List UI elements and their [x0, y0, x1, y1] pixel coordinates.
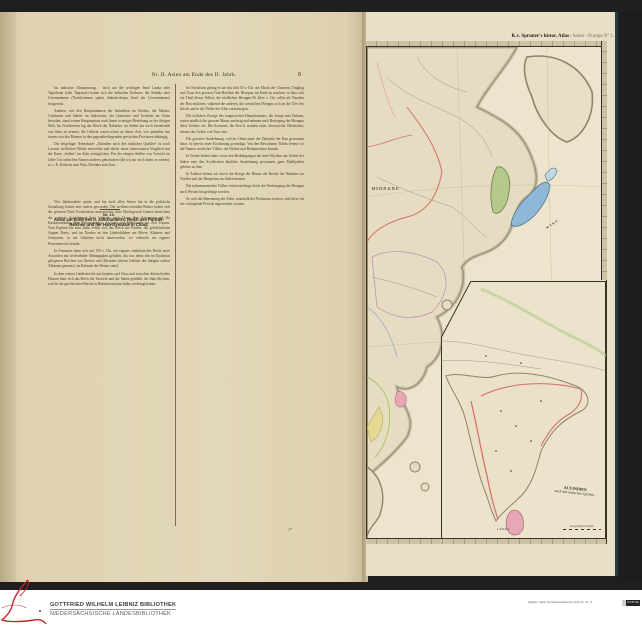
map-label-hiongnu: HIONGNU	[372, 186, 400, 191]
paragraph: In Armenien hatte sich seit 150 v. Chr. …	[48, 249, 170, 270]
map-border-right	[601, 41, 607, 280]
paragraph: So weit die Benennung der Alten, innerha…	[180, 197, 304, 207]
paragraph: Die beigefügte Nebenkarte „Altindien nac…	[48, 142, 170, 168]
text-column-right: Im Nordosten gelang es um das Jahr 50 v.…	[180, 86, 304, 526]
library-logo-icon	[0, 578, 50, 626]
left-page-edge	[0, 12, 16, 582]
paragraph: In dem weiten Länderstriche am Jaxartes …	[48, 272, 170, 288]
paragraph: Die turkomannischen Völker sind neuerdin…	[180, 184, 304, 194]
license-badge[interactable]: CC BY-SA	[622, 600, 640, 606]
page-number: 8	[298, 72, 301, 78]
inset-map-india	[441, 281, 606, 539]
section-title: Asien am Ende des II. Jahrhunderts. Reic…	[54, 217, 164, 227]
library-name-line2: NIEDERSÄCHSISCHE LANDESBIBLIOTHEK	[50, 610, 176, 617]
paragraph: Im Nordosten gelang es um das Jahr 50 v.…	[180, 86, 304, 112]
signature-mark: 1*	[288, 527, 292, 532]
map-border-top	[366, 41, 601, 47]
paragraph: bis indischer Abstammung, · doch auf die…	[48, 86, 170, 107]
section-divider	[100, 209, 120, 210]
paragraph: Die östlichen Zweige des tungusischen Ha…	[180, 114, 304, 135]
text-column-left: bis indischer Abstammung, · doch auf die…	[48, 86, 170, 554]
running-header: Nr. II. Asien am Ende des II. Jahrh.	[74, 72, 314, 82]
scale-bar-graphic	[563, 529, 601, 530]
paragraph: Die grössere Ausdehnung, welche China un…	[180, 137, 304, 153]
map-header: K.v. Spruner's histor. Atlas | Asien - E…	[434, 34, 614, 39]
paragraph: In Arabien lernen wir durch die Kriege d…	[180, 172, 304, 182]
inset-scale-bar: Geographische Meilen	[563, 525, 601, 530]
page-shadow	[618, 12, 642, 580]
paragraph: In Vorder-Indien hatte schon den Bedräng…	[180, 154, 304, 170]
shelfmark-signature: Signatur: Göttin-Gymnasium/Hannover, Di …	[528, 601, 592, 604]
library-name-line1: GOTTFRIED WILHELM LEIBNIZ BIBLIOTHEK	[50, 602, 176, 610]
paragraph: Arabien, von den Hauptstämmen der Ismael…	[48, 109, 170, 140]
logo-dot	[39, 610, 41, 612]
atlas-subtitle: Asien - Europa Nº 1.	[572, 34, 614, 39]
scale-label: Geographische Meilen	[570, 525, 594, 528]
atlas-title: K.v. Spruner's histor. Atlas	[511, 34, 569, 39]
section-heading: Nr. 12. Asien am Ende des II. Jahrhunder…	[48, 212, 170, 228]
library-name: GOTTFRIED WILHELM LEIBNIZ BIBLIOTHEK NIE…	[50, 602, 176, 617]
map-label-lanka: LANKA	[497, 527, 510, 531]
column-divider	[175, 84, 176, 526]
